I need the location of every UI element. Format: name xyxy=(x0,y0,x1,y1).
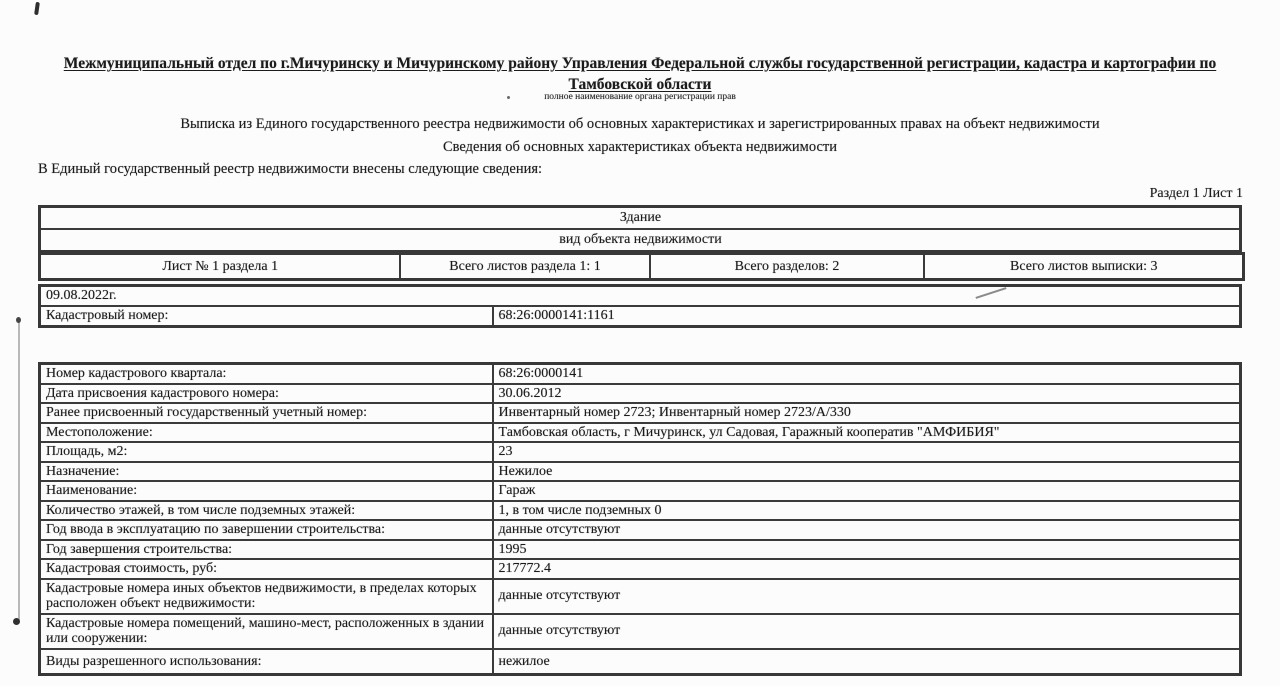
table-row: Площадь, м2:23 xyxy=(40,442,1241,462)
details-table: Номер кадастрового квартала:68:26:000014… xyxy=(38,362,1242,676)
table-row: Кадастровый номер: 68:26:0000141:1161 xyxy=(40,306,1241,327)
row-label: Местоположение: xyxy=(40,423,493,443)
table-row: Здание xyxy=(40,207,1241,230)
scan-artifact-dot-top xyxy=(16,317,21,323)
object-type-value: Здание xyxy=(40,207,1241,230)
details-table-body: Номер кадастрового квартала:68:26:000014… xyxy=(40,364,1241,675)
row-value: 30.06.2012 xyxy=(493,384,1241,404)
table-row: Дата присвоения кадастрового номера:30.0… xyxy=(40,384,1241,404)
table-row: Местоположение:Тамбовская область, г Мич… xyxy=(40,423,1241,443)
object-type-caption: вид объекта недвижимости xyxy=(40,229,1241,252)
row-label: Кадастровые номера помещений, машино-мес… xyxy=(40,614,493,649)
row-label: Кадастровые номера иных объектов недвижи… xyxy=(40,579,493,614)
row-label: Ранее присвоенный государственный учетны… xyxy=(40,403,493,423)
row-label: Номер кадастрового квартала: xyxy=(40,364,493,384)
table-row: Год завершения строительства:1995 xyxy=(40,540,1241,560)
row-label: Наименование: xyxy=(40,481,493,501)
table-row: Ранее присвоенный государственный учетны… xyxy=(40,403,1241,423)
table-row: Кадастровая стоимость, руб:217772.4 xyxy=(40,559,1241,579)
row-label: Год завершения строительства: xyxy=(40,540,493,560)
sheet-cell: Всего разделов: 2 xyxy=(650,254,924,280)
row-value: Нежилое xyxy=(493,462,1241,482)
row-value: данные отсутствуют xyxy=(493,579,1241,614)
org-name: Межмуниципальный отдел по г.Мичуринску и… xyxy=(50,53,1230,95)
date-cadastral-table: 09.08.2022г. Кадастровый номер: 68:26:00… xyxy=(38,284,1242,328)
row-label: Год ввода в эксплуатацию по завершении с… xyxy=(40,520,493,540)
cadastral-value: 68:26:0000141:1161 xyxy=(493,306,1241,327)
row-label: Виды разрешенного использования: xyxy=(40,649,493,675)
object-type-table: Здание вид объекта недвижимости xyxy=(38,205,1242,253)
sheet-cell: Всего листов выписки: 3 xyxy=(924,254,1244,280)
sheet-info-table: Лист № 1 раздела 1 Всего листов раздела … xyxy=(38,252,1245,281)
document-page: Межмуниципальный отдел по г.Мичуринску и… xyxy=(0,0,1280,686)
row-value: 1, в том числе подземных 0 xyxy=(493,501,1241,521)
table-row: Наименование:Гараж xyxy=(40,481,1241,501)
row-value: 1995 xyxy=(493,540,1241,560)
row-value: 68:26:0000141 xyxy=(493,364,1241,384)
row-value: 217772.4 xyxy=(493,559,1241,579)
table-row: Назначение:Нежилое xyxy=(40,462,1241,482)
org-caption: полное наименование органа регистрации п… xyxy=(0,92,1280,102)
row-label: Дата присвоения кадастрового номера: xyxy=(40,384,493,404)
row-value: 23 xyxy=(493,442,1241,462)
row-value: Инвентарный номер 2723; Инвентарный номе… xyxy=(493,403,1241,423)
scan-artifact-fold-line xyxy=(18,322,20,620)
row-label: Кадастровая стоимость, руб: xyxy=(40,559,493,579)
sheet-cell: Лист № 1 раздела 1 xyxy=(40,254,400,280)
row-value: Гараж xyxy=(493,481,1241,501)
scan-artifact-top-tick xyxy=(34,2,40,15)
row-label: Назначение: xyxy=(40,462,493,482)
row-value: данные отсутствуют xyxy=(493,520,1241,540)
section-sheet-label: Раздел 1 Лист 1 xyxy=(1150,186,1243,202)
intro-line: В Единый государственный реестр недвижим… xyxy=(38,161,542,178)
table-row: Кадастровые номера иных объектов недвижи… xyxy=(40,579,1241,614)
row-value: данные отсутствуют xyxy=(493,614,1241,649)
document-subtitle: Сведения об основных характеристиках объ… xyxy=(40,139,1240,156)
cadastral-label: Кадастровый номер: xyxy=(40,306,493,327)
table-row: Номер кадастрового квартала:68:26:000014… xyxy=(40,364,1241,384)
extract-date: 09.08.2022г. xyxy=(40,286,1241,306)
table-row: 09.08.2022г. xyxy=(40,286,1241,306)
table-row: Лист № 1 раздела 1 Всего листов раздела … xyxy=(40,254,1244,280)
table-row: вид объекта недвижимости xyxy=(40,229,1241,252)
row-label: Площадь, м2: xyxy=(40,442,493,462)
row-value: нежилое xyxy=(493,649,1241,675)
row-value: Тамбовская область, г Мичуринск, ул Садо… xyxy=(493,423,1241,443)
scan-artifact-dot-bottom xyxy=(13,618,20,625)
document-title: Выписка из Единого государственного реес… xyxy=(40,116,1240,133)
table-row: Кадастровые номера помещений, машино-мес… xyxy=(40,614,1241,649)
row-label: Количество этажей, в том числе подземных… xyxy=(40,501,493,521)
table-row: Год ввода в эксплуатацию по завершении с… xyxy=(40,520,1241,540)
table-row: Количество этажей, в том числе подземных… xyxy=(40,501,1241,521)
table-row: Виды разрешенного использования:нежилое xyxy=(40,649,1241,675)
sheet-cell: Всего листов раздела 1: 1 xyxy=(400,254,650,280)
